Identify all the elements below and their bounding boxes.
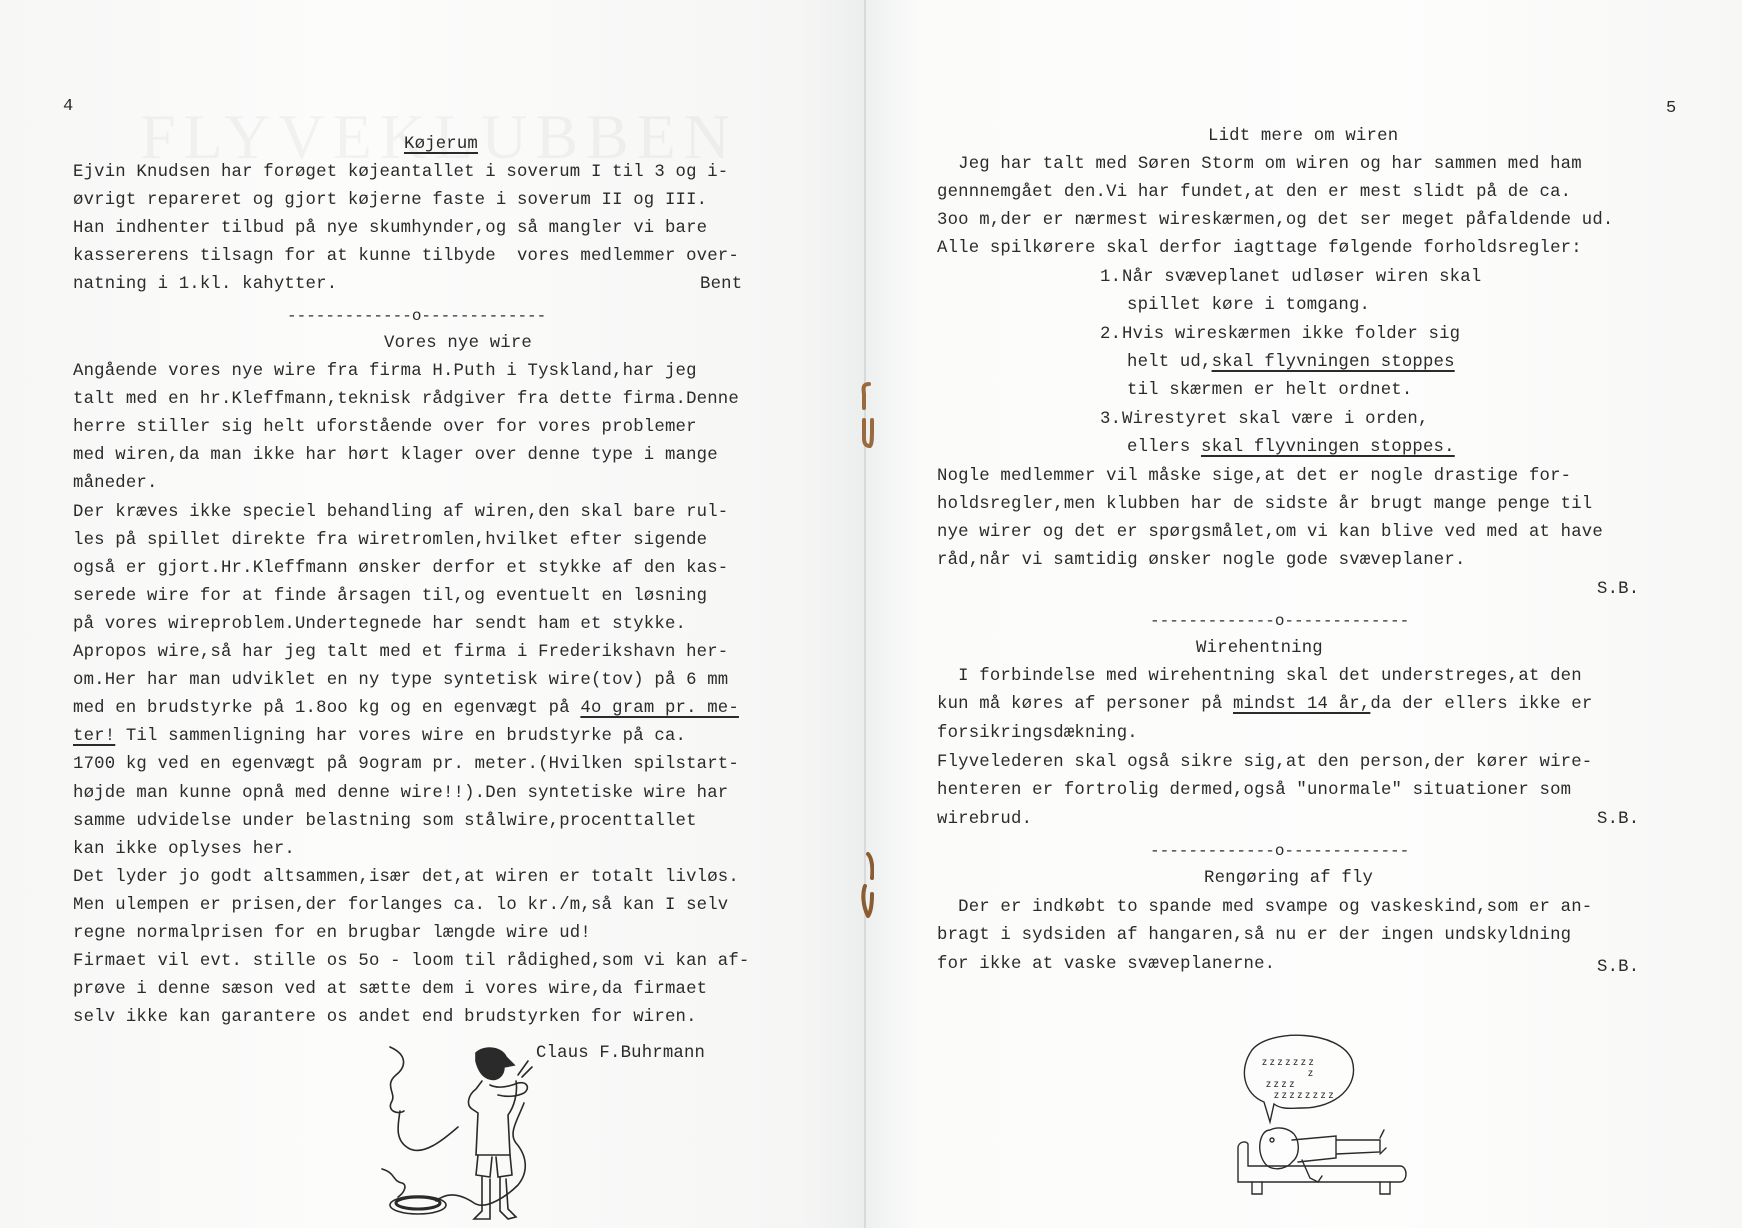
rule-3-line: ellers skal flyvningen stoppes. <box>1127 437 1455 459</box>
rule-2-text: helt ud, <box>1127 353 1212 372</box>
text-line: I forbindelse med wirehentning skal det … <box>937 666 1582 688</box>
rule-3-line: Wirestyret skal være i orden, <box>1122 409 1429 431</box>
text-line: Det lyder jo godt altsammen,især det,at … <box>73 867 739 889</box>
text-line: natning i 1.kl. kahytter. <box>73 274 337 296</box>
text-line: 3oo m,der er nærmest wireskærmen,og det … <box>937 210 1614 232</box>
section-divider: -------------o------------- <box>1150 840 1409 862</box>
text-line: på vores wireproblem.Undertegnede har se… <box>73 614 686 636</box>
text-line: ter! Til sammenligning har vores wire en… <box>73 726 686 748</box>
text-line: talt med en hr.Kleffmann,teknisk rådgive… <box>73 389 739 411</box>
rule-2-line: Hvis wireskærmen ikke folder sig <box>1122 324 1460 346</box>
section-divider: -------------o------------- <box>1150 610 1409 632</box>
text-line: samme udvidelse under belastning som stå… <box>73 811 697 833</box>
staple-icon <box>860 380 874 450</box>
binding-gutter <box>864 0 866 1228</box>
signature: S.B. <box>1597 809 1639 831</box>
text-line: med en brudstyrke på 1.8oo kg og en egen… <box>73 698 739 720</box>
text-line: højde man kunne opnå med denne wire!!).D… <box>73 783 728 805</box>
text-emphasis: mindst 14 år, <box>1233 695 1370 714</box>
text-line: serede wire for at finde årsagen til,og … <box>73 586 707 608</box>
svg-text:z z z z: z z z z <box>1266 1079 1294 1090</box>
text-line: Der er indkøbt to spande med svampe og v… <box>937 897 1592 919</box>
text-line: forsikringsdækning. <box>937 723 1138 745</box>
text-segment: med en brudstyrke på 1.8oo kg og en egen… <box>73 699 580 718</box>
text-line: kassererens tilsagn for at kunne tilbyde… <box>73 246 739 268</box>
text-line: herre stiller sig helt uforstående over … <box>73 417 697 439</box>
page-number-left: 4 <box>63 97 73 116</box>
article-title-wirehentning: Wirehentning <box>1196 638 1323 660</box>
signature: Bent <box>700 274 742 296</box>
text-line: Ejvin Knudsen har forøget køjeantallet i… <box>73 162 728 184</box>
rule-3-number: 3. <box>1100 409 1121 431</box>
rule-1-number: 1. <box>1100 267 1121 289</box>
article-title-lidt-mere: Lidt mere om wiren <box>1208 126 1398 148</box>
rule-2-emphasis: skal flyvningen stoppes <box>1212 353 1455 372</box>
text-line: Han indhenter tilbud på nye skumhynder,o… <box>73 218 707 240</box>
text-line: med wiren,da man ikke har hørt klager ov… <box>73 445 718 467</box>
signature: S.B. <box>1597 957 1639 979</box>
text-line: Nogle medlemmer vil måske sige,at det er… <box>937 466 1571 488</box>
text-line: henteren er fortrolig dermed,også "unorm… <box>937 780 1571 802</box>
rule-1-line: spillet køre i tomgang. <box>1127 295 1370 317</box>
rule-2-line: til skærmen er helt ordnet. <box>1127 380 1412 402</box>
text-line: Der kræves ikke speciel behandling af wi… <box>73 502 728 524</box>
text-line: Alle spilkørere skal derfor iagttage føl… <box>937 238 1582 260</box>
text-segment: Til sammenligning har vores wire en brud… <box>115 727 686 746</box>
text-line: holdsregler,men klubben har de sidste år… <box>937 494 1592 516</box>
text-line: Men ulempen er prisen,der forlanges ca. … <box>73 895 728 917</box>
text-line: øvrigt repareret og gjort køjerne faste … <box>73 190 707 212</box>
svg-text:z z z z z z z z: z z z z z z z z <box>1274 1090 1333 1101</box>
rule-3-text: ellers <box>1127 438 1201 457</box>
text-line: måneder. <box>73 473 158 495</box>
article-title-rengoring: Rengøring af fly <box>1204 868 1373 890</box>
text-line: kun må køres af personer på mindst 14 år… <box>937 694 1592 716</box>
signature-author: Claus F.Buhrmann <box>536 1043 705 1065</box>
text-line: selv ikke kan garantere os andet end bru… <box>73 1007 697 1029</box>
svg-text:z z z z z z z: z z z z z z z <box>1262 1057 1314 1068</box>
article-title-wire: Vores nye wire <box>384 333 532 355</box>
text-line: også er gjort.Hr.Kleffmann ønsker derfor… <box>73 558 728 580</box>
text-line: råd,når vi samtidig ønsker nogle gode sv… <box>937 550 1466 572</box>
page-number-right: 5 <box>1666 99 1676 118</box>
rule-1-line: Når svæveplanet udløser wiren skal <box>1122 267 1481 289</box>
rule-2-line: helt ud,skal flyvningen stoppes <box>1127 352 1455 374</box>
text-line: prøve i denne sæson ved at sætte dem i v… <box>73 979 707 1001</box>
text-line: kan ikke oplyses her. <box>73 839 295 861</box>
text-line: Apropos wire,så har jeg talt med et firm… <box>73 642 728 664</box>
text-line: Flyvelederen skal også sikre sig,at den … <box>937 752 1592 774</box>
sleeping-man-on-couch-icon: z z z z z z z z z z z z z z z z z z z z <box>1230 1030 1430 1205</box>
text-segment: kun må køres af personer på <box>937 695 1233 714</box>
text-line: Firmaet vil evt. stille os 5o - loom til… <box>73 951 750 973</box>
text-line: Jeg har talt med Søren Storm om wiren og… <box>937 154 1582 176</box>
text-line: 1700 kg ved en egenvægt på 9ogram pr. me… <box>73 754 739 776</box>
booklet-spread: FLYVEKLUBBEN 4 Køjerum Ejvin Knudsen har… <box>0 0 1742 1228</box>
text-line: gennnemgået den.Vi har fundet,at den er … <box>937 182 1571 204</box>
text-line: om.Her har man udviklet en ny type synte… <box>73 670 728 692</box>
text-line: bragt i sydsiden af hangaren,så nu er de… <box>937 925 1571 947</box>
text-line: wirebrud. <box>937 809 1032 831</box>
text-line: nye wirer og det er spørgsmålet,om vi ka… <box>937 522 1603 544</box>
article-title-kojerum: Køjerum <box>404 134 478 156</box>
section-divider: -------------o------------- <box>287 305 546 327</box>
text-line: les på spillet direkte fra wiretromlen,h… <box>73 530 707 552</box>
signature: S.B. <box>1597 579 1639 601</box>
text-emphasis: ter! <box>73 727 115 746</box>
rule-3-emphasis: skal flyvningen stoppes. <box>1201 438 1455 457</box>
rule-2-number: 2. <box>1100 324 1121 346</box>
text-emphasis: 4o gram pr. me- <box>580 699 739 718</box>
text-line: for ikke at vaske svæveplanerne. <box>937 954 1275 976</box>
text-segment: da der ellers ikke er <box>1370 695 1592 714</box>
man-holding-wire-icon <box>378 1045 578 1228</box>
text-line: regne normalprisen for en brugbar længde… <box>73 923 591 945</box>
svg-text:z: z <box>1308 1068 1313 1079</box>
staple-icon <box>860 850 874 920</box>
text-line: Angående vores nye wire fra firma H.Puth… <box>73 361 697 383</box>
